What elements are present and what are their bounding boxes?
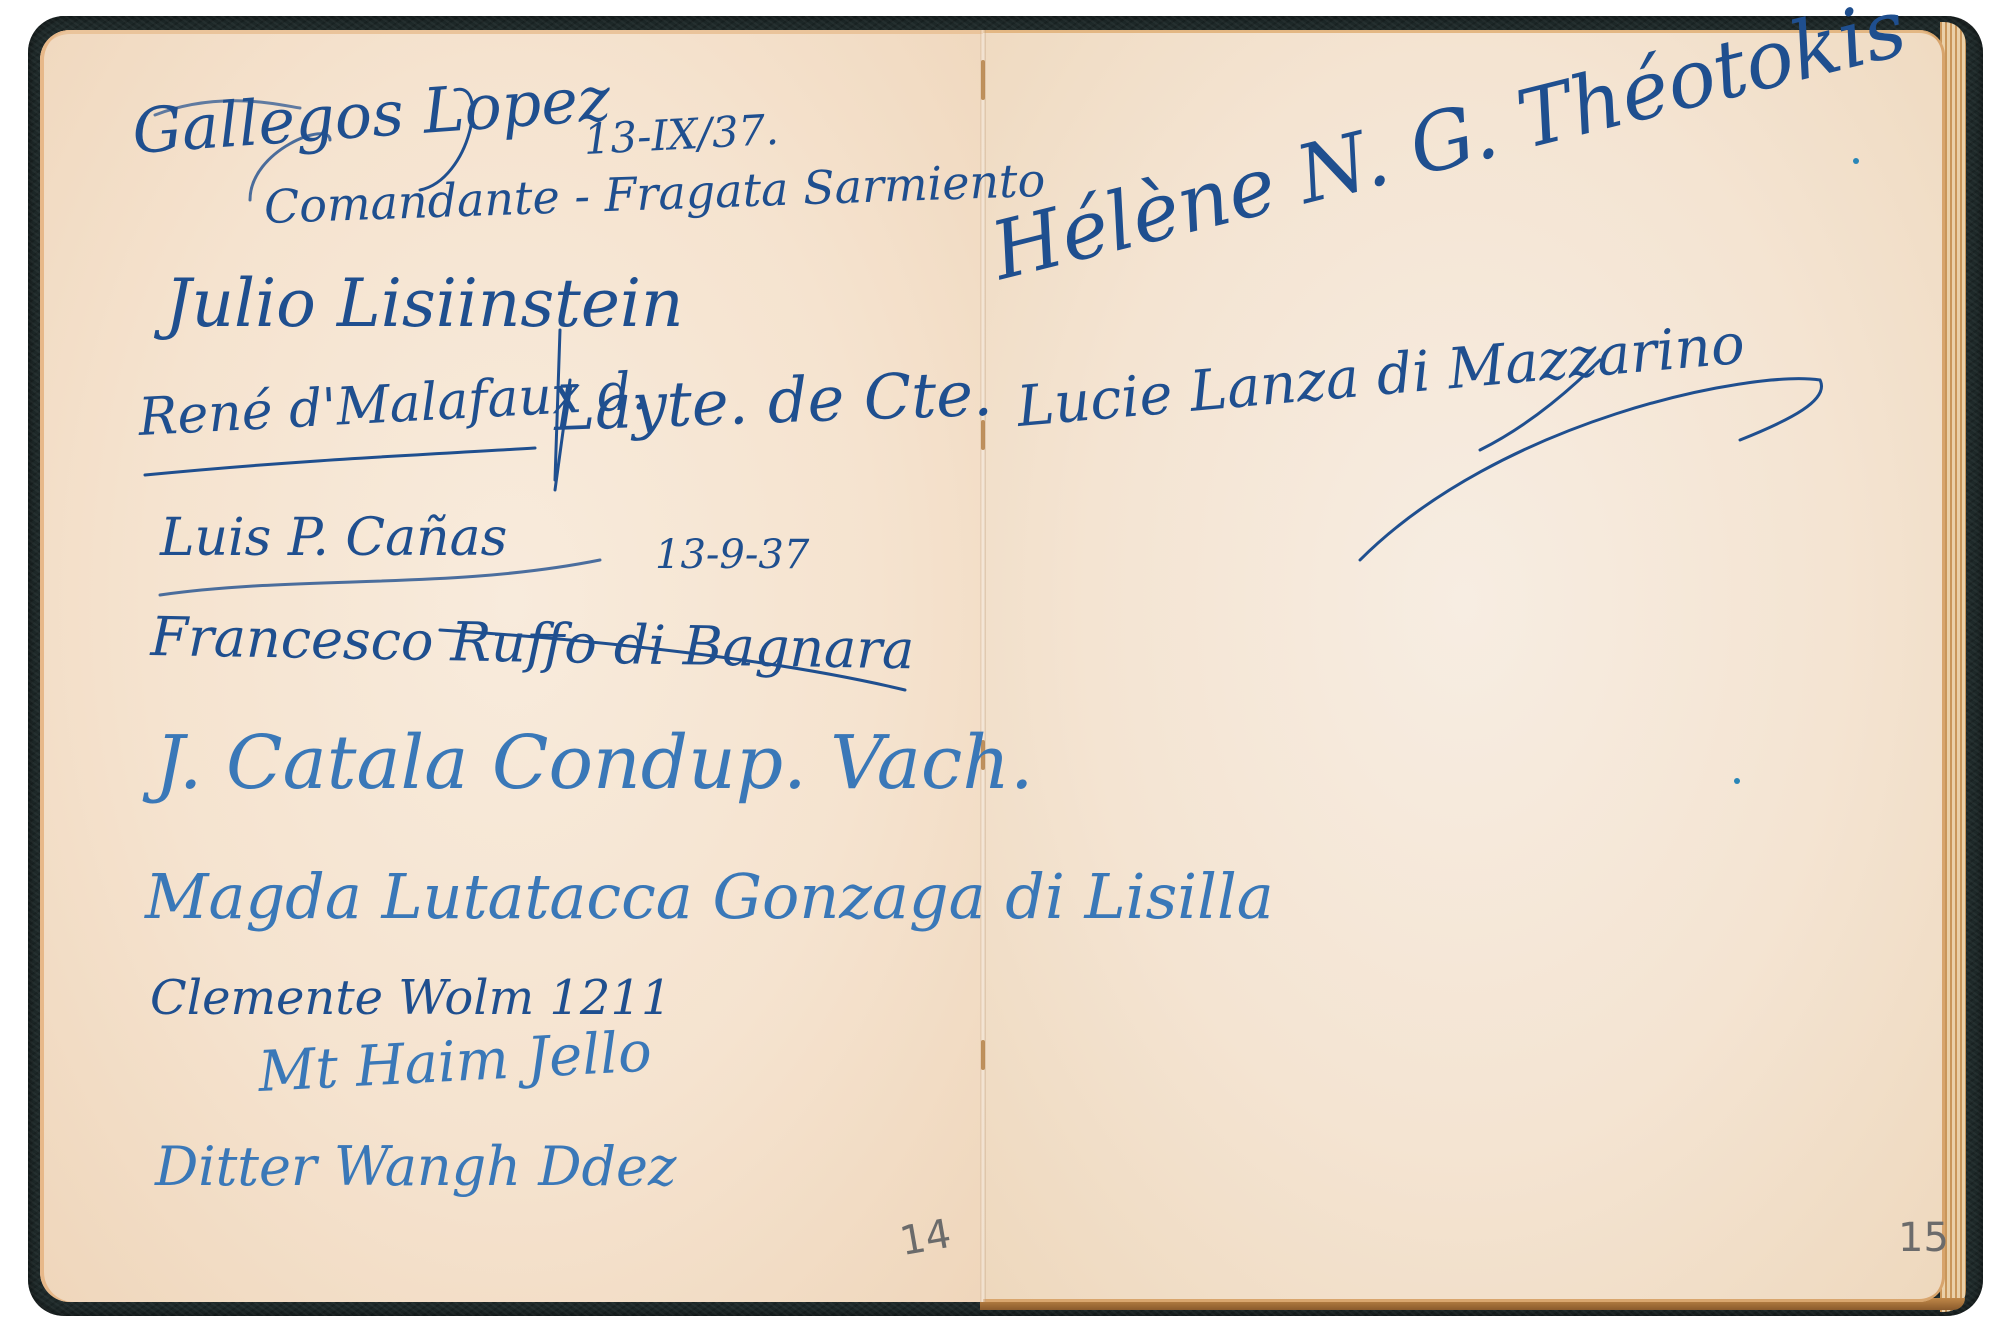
- signature: Magda Lutatacca Gonzaga di Lisilla: [145, 860, 1274, 933]
- signature-date: 13-IX/37.: [582, 105, 779, 164]
- page-number: 14: [896, 1211, 954, 1265]
- page-number: 15: [1898, 1215, 1949, 1261]
- ink-spot: [1734, 778, 1740, 784]
- signature: Ditter Wangh Ddez: [155, 1135, 676, 1198]
- signature: Luis P. Cañas: [160, 508, 507, 568]
- signature: Layte. de Cte.: [552, 357, 993, 445]
- binding-stitch: [981, 1040, 985, 1070]
- signature: J. Catala Condup. Vach.: [155, 720, 1034, 806]
- ink-spot: [1853, 158, 1859, 164]
- signature: Julio Lisiinstein: [165, 265, 684, 342]
- signature-date: 13-9-37: [655, 532, 809, 578]
- signature: Francesco Ruffo di Bagnara: [150, 605, 915, 681]
- binding-stitch: [981, 60, 985, 100]
- signature: Clemente Wolm 1211: [150, 970, 672, 1026]
